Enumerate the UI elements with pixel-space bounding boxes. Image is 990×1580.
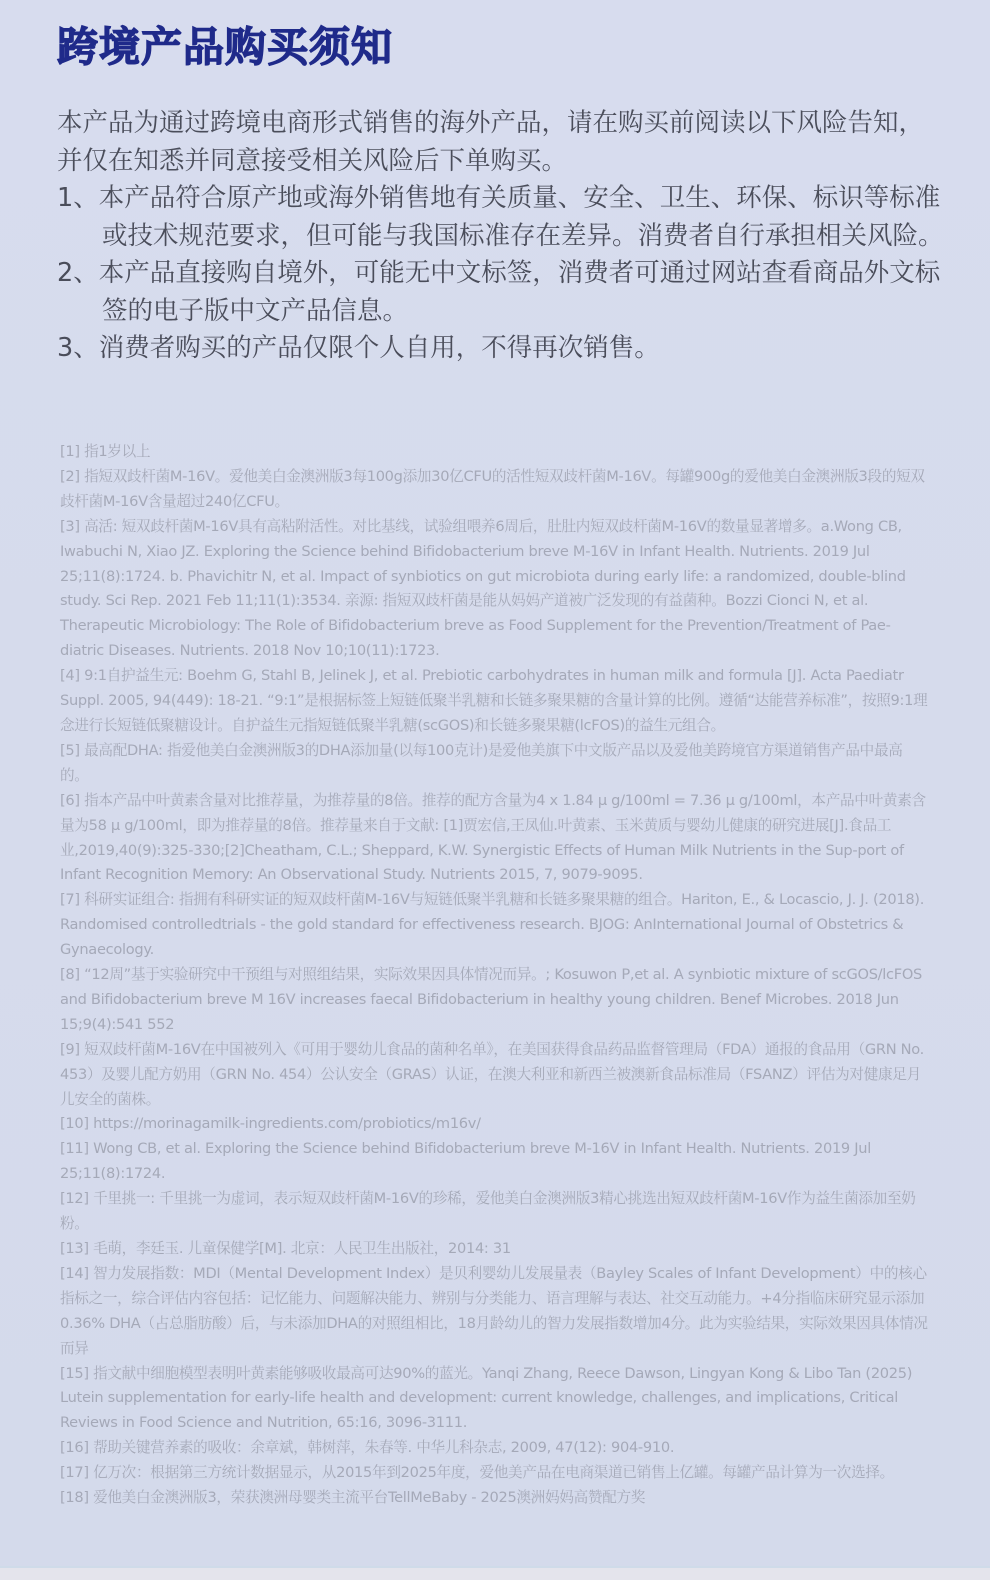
footnote-10: [10] https://morinagamilk-ingredients.co… bbox=[60, 1112, 930, 1137]
footnote-17: [17] 亿万次：根据第三方统计数据显示，从2015年到2025年度，爱他美产品… bbox=[60, 1461, 930, 1486]
footnote-6: [6] 指本产品中叶黄素含量对比推荐量，为推荐量的8倍。推荐的配方含量为4 x … bbox=[60, 789, 930, 889]
footnote-11: [11] Wong CB, et al. Exploring the Scien… bbox=[60, 1137, 930, 1187]
notice-page: 跨境产品购买须知 本产品为通过跨境电商形式销售的海外产品，请在购买前阅读以下风险… bbox=[0, 0, 990, 1566]
footnote-5: [5] 最高配DHA: 指爱他美白金澳洲版3的DHA添加量(以每100克计)是爱… bbox=[60, 739, 930, 789]
purchase-notice: 本产品为通过跨境电商形式销售的海外产品，请在购买前阅读以下风险告知，并仅在知悉并… bbox=[57, 105, 947, 368]
footnote-9: [9] 短双歧杆菌M-16V在中国被列入《可用于婴幼儿食品的菌种名单》，在美国获… bbox=[60, 1038, 930, 1113]
footnote-15: [15] 指文献中细胞模型表明叶黄素能够吸收最高可达90%的蓝光。Yanqi Z… bbox=[60, 1362, 930, 1437]
footnote-2: [2] 指短双歧杆菌M-16V。爱他美白金澳洲版3每100g添加30亿CFU的活… bbox=[60, 465, 930, 515]
footnotes: [1] 指1岁以上 [2] 指短双歧杆菌M-16V。爱他美白金澳洲版3每100g… bbox=[60, 440, 930, 1511]
notice-intro: 本产品为通过跨境电商形式销售的海外产品，请在购买前阅读以下风险告知，并仅在知悉并… bbox=[57, 105, 947, 180]
footnote-4: [4] 9:1自护益生元: Boehm G, Stahl B, Jelinek … bbox=[60, 664, 930, 739]
footnote-7: [7] 科研实证组合: 指拥有科研实证的短双歧杆菌M-16V与短链低聚半乳糖和长… bbox=[60, 888, 930, 963]
footnote-18: [18] 爱他美白金澳洲版3，荣获澳洲母婴类主流平台TellMeBaby - 2… bbox=[60, 1486, 930, 1511]
page-title: 跨境产品购买须知 bbox=[57, 18, 393, 76]
bottom-divider bbox=[0, 1566, 990, 1580]
notice-item-3: 3、消费者购买的产品仅限个人自用，不得再次销售。 bbox=[57, 330, 947, 368]
footnote-1: [1] 指1岁以上 bbox=[60, 440, 930, 465]
footnote-13: [13] 毛萌，李廷玉. 儿童保健学[M]. 北京：人民卫生出版社，2014: … bbox=[60, 1237, 930, 1262]
notice-item-2: 2、本产品直接购自境外，可能无中文标签，消费者可通过网站查看商品外文标签的电子版… bbox=[57, 255, 947, 330]
footnote-3: [3] 高活: 短双歧杆菌M-16V具有高粘附活性。对比基线，试验组喂养6周后，… bbox=[60, 515, 930, 664]
footnote-14: [14] 智力发展指数：MDI（Mental Development Index… bbox=[60, 1262, 930, 1362]
footnote-16: [16] 帮助关键营养素的吸收：余章斌，韩树萍，朱春等. 中华儿科杂志, 200… bbox=[60, 1436, 930, 1461]
footnote-8: [8] “12周”基于实验研究中干预组与对照组结果，实际效果因具体情况而异。; … bbox=[60, 963, 930, 1038]
notice-item-1: 1、本产品符合原产地或海外销售地有关质量、安全、卫生、环保、标识等标准或技术规范… bbox=[57, 180, 947, 255]
footnote-12: [12] 千里挑一: 千里挑一为虚词，表示短双歧杆菌M-16V的珍稀，爱他美白金… bbox=[60, 1187, 930, 1237]
